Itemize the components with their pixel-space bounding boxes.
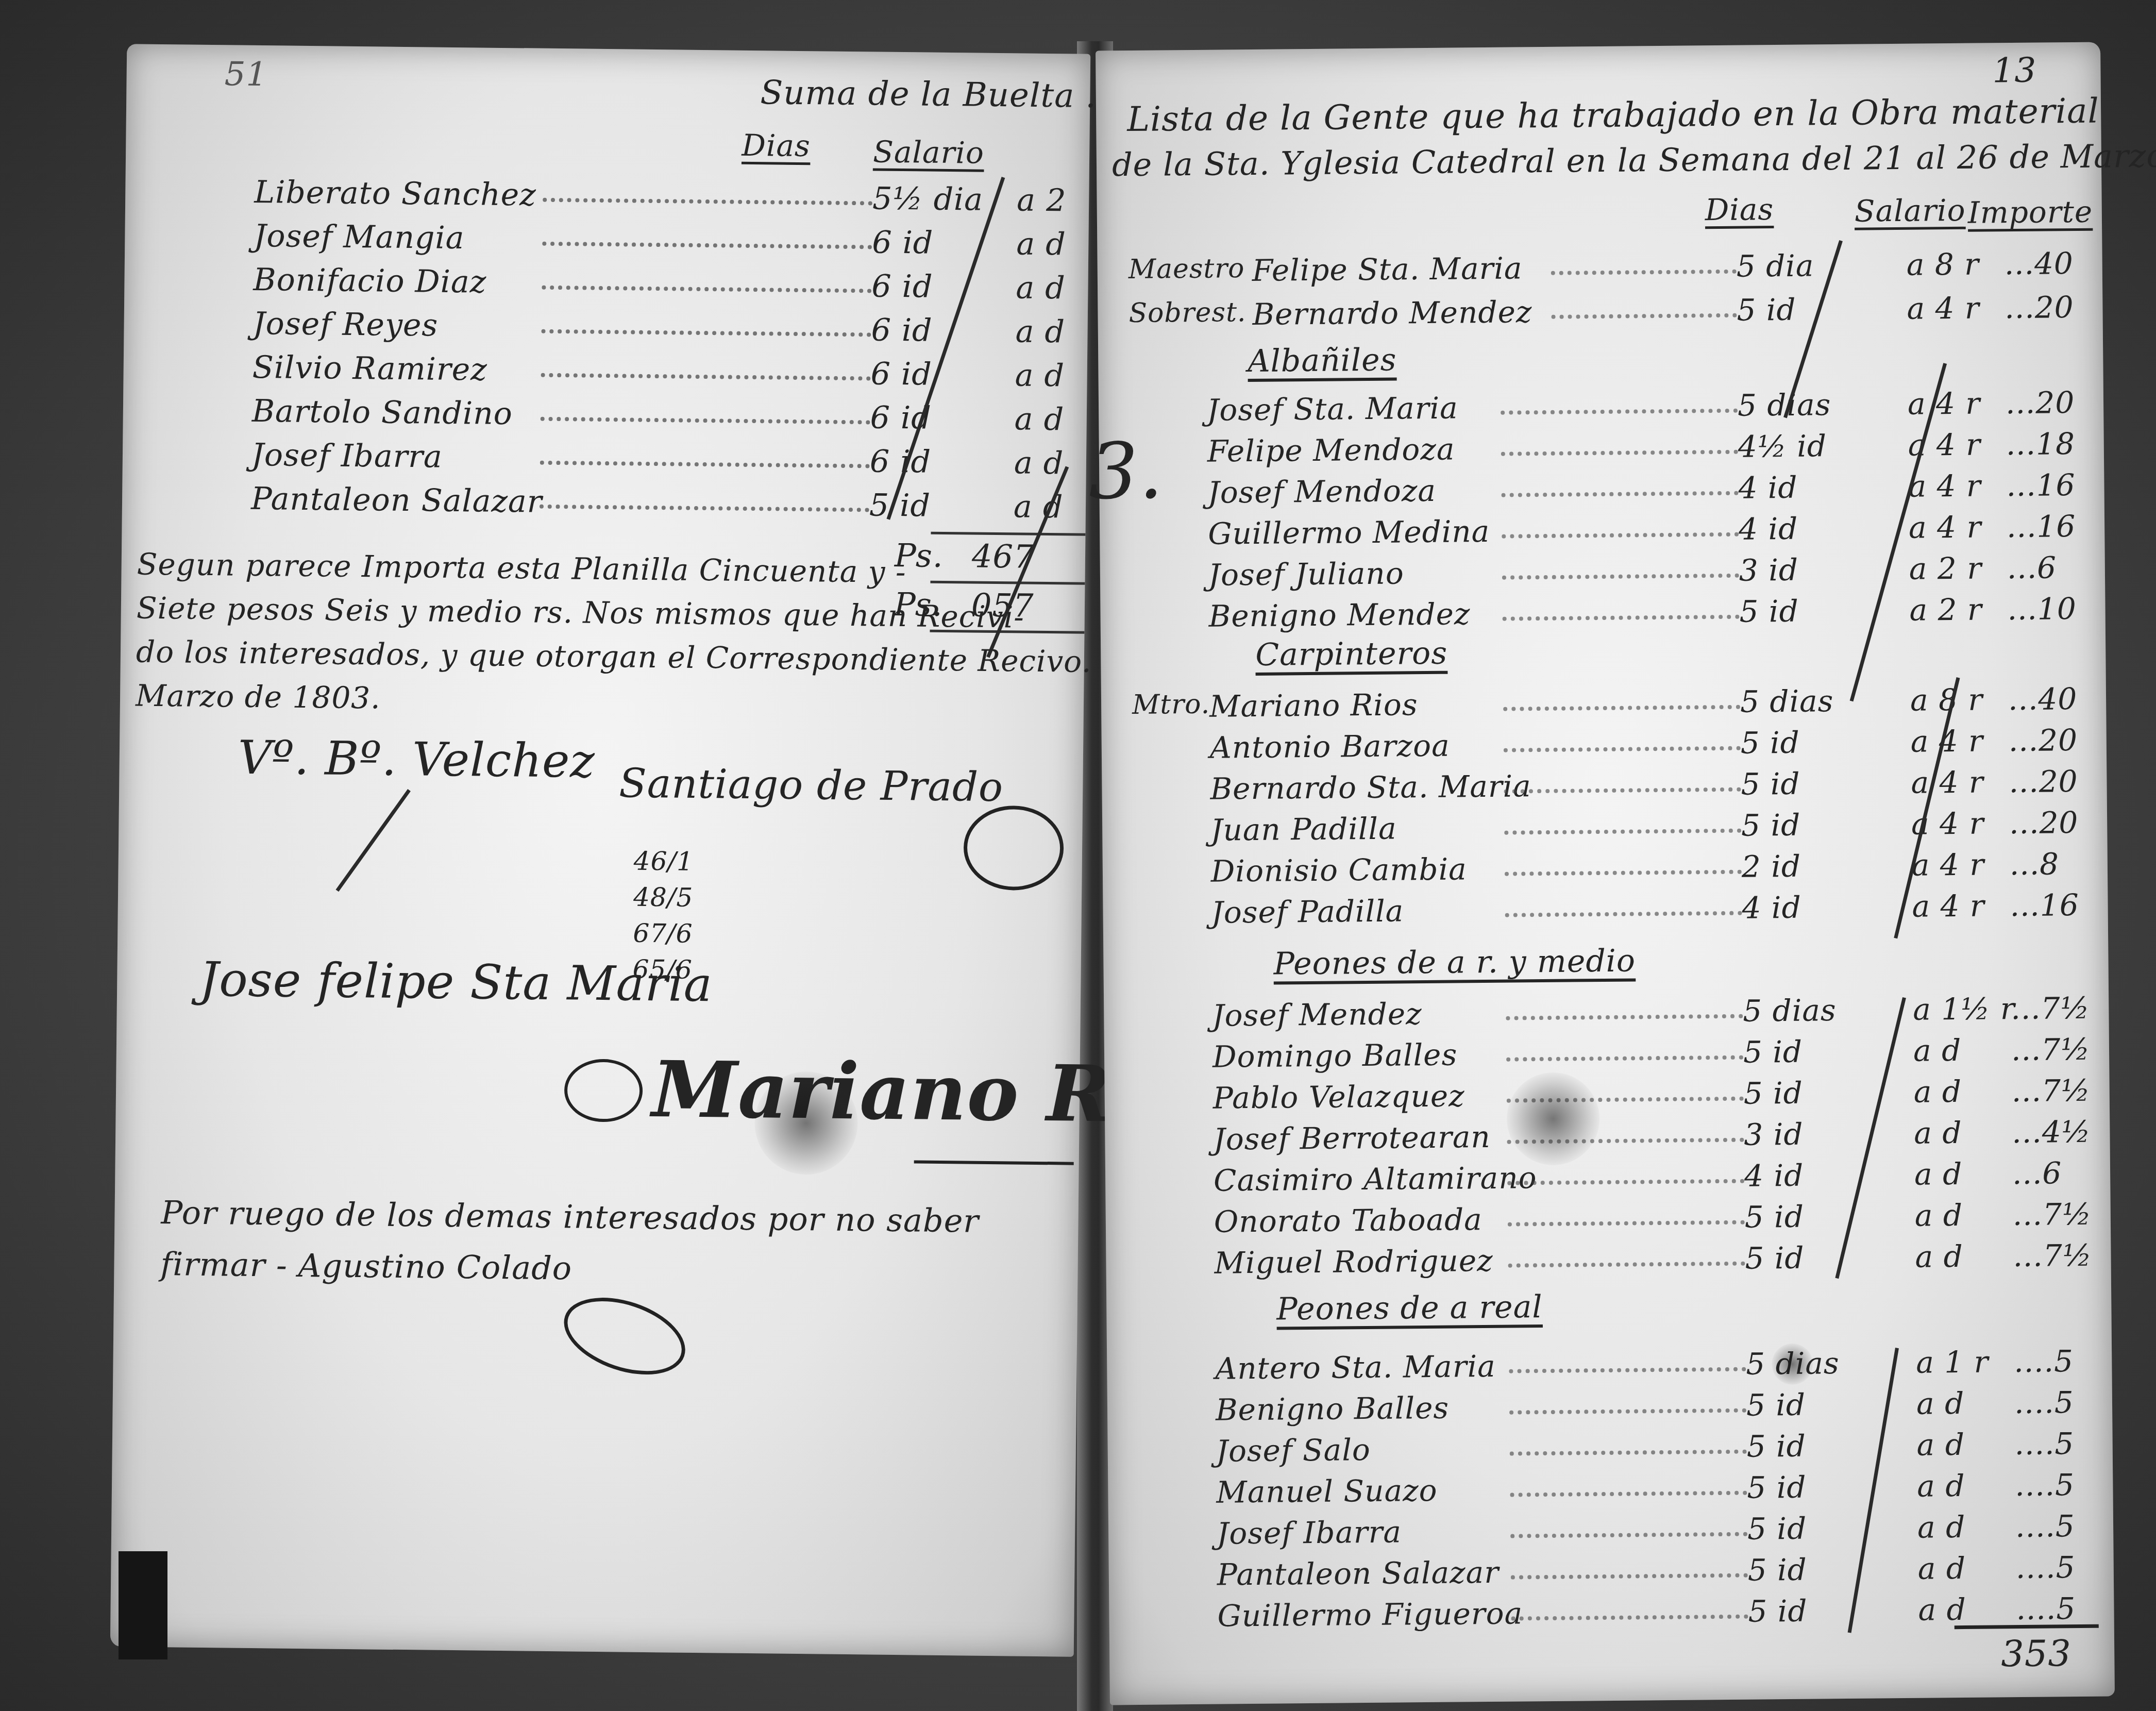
worker-name: Guillermo Medina xyxy=(1208,514,1490,551)
worker-days: 6 id xyxy=(872,224,934,261)
left-page: 51 Suma de la Buelta ... 436 Dias Salari… xyxy=(110,44,1090,1656)
worker-name: Josef Ibarra xyxy=(1217,1514,1402,1551)
worker-salary: a 1 r xyxy=(1916,1345,1989,1380)
worker-amount: ...10 xyxy=(2007,591,2077,627)
worker-row: Benigno Mendez 5 id a 2 r ...10 xyxy=(1131,591,2090,643)
worker-salary: a 2 r xyxy=(1909,592,1982,628)
worker-row: Guillermo Figueroa 5 id a d ....5 xyxy=(1140,1591,2099,1643)
worker-amount: ....5 xyxy=(2015,1467,2075,1503)
worker-amount: ....5 xyxy=(2016,1591,2076,1626)
worker-salary: a 4 r xyxy=(1912,847,1985,883)
worker-days: 5 id xyxy=(1743,1076,1803,1111)
worker-days: 4½ id xyxy=(1738,428,1827,464)
worker-days: 5 id xyxy=(1748,1552,1808,1588)
section-heading-peones-real: Peones de a real xyxy=(1276,1289,1543,1328)
worker-salary: a 8 r xyxy=(1906,247,1979,282)
section-heading-carpinteros: Carpinteros xyxy=(1255,635,1447,673)
witness-note-line: Por ruego de los demas interesados por n… xyxy=(161,1194,979,1240)
calc-note: 48/5 xyxy=(633,879,694,916)
worker-name: Josef Berrotearan xyxy=(1213,1119,1491,1157)
worker-days: 5 id xyxy=(869,487,931,524)
worker-salary: a d xyxy=(1913,1074,1962,1110)
master-row: Maestro Felipe Sta. Maria 5 dia a 8 r ..… xyxy=(1128,246,2087,298)
worker-amount: ....5 xyxy=(2014,1344,2074,1379)
worker-days: 5 id xyxy=(1741,766,1800,802)
worker-salary: a d xyxy=(1917,1468,1965,1504)
worker-salary: a 4 r xyxy=(1907,291,1980,326)
worker-days: 5 id xyxy=(1747,1511,1807,1547)
worker-salary: a d xyxy=(1914,1156,1963,1192)
worker-amount: ...7½ xyxy=(2011,1073,2091,1109)
signature-rubric xyxy=(564,1059,643,1122)
witness-note-line: firmar - Agustino Colado xyxy=(160,1245,572,1287)
worker-name: Antero Sta. Maria xyxy=(1215,1349,1496,1386)
worker-name: Josef Salo xyxy=(1216,1432,1371,1469)
worker-amount: ...20 xyxy=(2006,385,2075,421)
worker-salary: a d xyxy=(1916,1427,1965,1463)
ink-stain xyxy=(754,1071,858,1175)
worker-days: 5 id xyxy=(1746,1429,1806,1464)
worker-salary: a 4 r xyxy=(1908,468,1981,504)
ink-stain xyxy=(1506,1072,1600,1166)
column-header-salary: Salario xyxy=(873,134,984,170)
worker-name: Benigno Balles xyxy=(1216,1390,1450,1428)
worker-days: 5 id xyxy=(1743,1034,1803,1070)
worker-salary: a d xyxy=(1917,1509,1966,1545)
worker-days: 5 id xyxy=(1737,292,1796,328)
worker-salary: a d xyxy=(1917,1551,1966,1586)
worker-name: Bonifacio Diaz xyxy=(253,262,486,300)
totals-rule xyxy=(930,581,1085,585)
worker-amount: ...40 xyxy=(2004,246,2074,281)
worker-days: 2 id xyxy=(1742,849,1801,884)
worker-amount: ...4½ xyxy=(2012,1114,2091,1150)
worker-name: Felipe Sta. Maria xyxy=(1252,250,1522,288)
worker-amount: ...18 xyxy=(2006,426,2075,462)
worker-days: 4 id xyxy=(1738,470,1798,506)
mariano-signature: Mariano R xyxy=(651,1044,1111,1139)
worker-name: Pantaleon Salazar xyxy=(1217,1555,1500,1592)
santiago-signature: Santiago de Prado xyxy=(619,760,1004,811)
calc-note: 46/1 xyxy=(633,843,694,880)
worker-salary: a d xyxy=(1014,401,1064,438)
worker-amount: ...16 xyxy=(2006,467,2076,503)
worker-days: 4 id xyxy=(1744,1158,1804,1194)
worker-days: 5 dias xyxy=(1743,993,1837,1029)
worker-salary: a d xyxy=(1015,357,1065,394)
worker-salary: a 4 r xyxy=(1909,510,1982,545)
role-prefix: Maestro xyxy=(1128,253,1244,285)
calc-note: 67/6 xyxy=(633,915,693,952)
worker-days: 5 id xyxy=(1745,1199,1805,1235)
worker-name: Josef Reyes xyxy=(252,306,438,344)
signature-underline xyxy=(914,1160,1074,1165)
worker-salary: a 1½ r xyxy=(1913,991,2015,1027)
worker-days: 6 id xyxy=(870,356,932,392)
worker-amount: ...7½ xyxy=(2013,1197,2092,1232)
worker-name: Silvio Ramirez xyxy=(252,349,487,388)
worker-name: Onorato Taboada xyxy=(1214,1202,1483,1239)
binding-tab xyxy=(119,1551,167,1659)
section-heading-peones-real-medio: Peones de a r. y medio xyxy=(1273,943,1636,982)
worker-name: Josef Juliano xyxy=(1208,556,1404,592)
title-line: Lista de la Gente que ha trabajado en la… xyxy=(1127,91,2099,139)
worker-row: Pantaleon Salazar 5 id a d ..5 xyxy=(251,481,1169,537)
worker-amount: ....5 xyxy=(2014,1385,2074,1420)
worker-name: Benigno Mendez xyxy=(1208,596,1470,633)
worker-amount: ...20 xyxy=(2009,805,2079,841)
worker-name: Antonio Barzoa xyxy=(1210,728,1450,765)
worker-name: Casimiro Altamirano xyxy=(1214,1160,1537,1198)
page-total: 353 xyxy=(2001,1632,2071,1675)
worker-salary: a d xyxy=(1915,1239,1963,1274)
worker-days: 5 id xyxy=(1748,1593,1808,1629)
worker-days: 5½ dia xyxy=(872,180,984,217)
role-prefix: Sobrest. xyxy=(1128,297,1246,329)
worker-amount: ...6 xyxy=(2007,550,2057,585)
worker-amount: ...20 xyxy=(2008,723,2078,758)
worker-row: Josef Padilla 4 id a 4 r ...16 xyxy=(1134,887,2093,940)
worker-days: 5 id xyxy=(1747,1470,1807,1505)
worker-amount: ...40 xyxy=(2008,681,2078,717)
worker-days: 5 dia xyxy=(1736,248,1814,283)
worker-days: 5 id xyxy=(1741,725,1800,761)
worker-name: Bernardo Sta. Maria xyxy=(1210,768,1531,806)
worker-salary: a 2 xyxy=(1017,182,1067,219)
worker-days: 4 id xyxy=(1742,890,1801,926)
worker-name: Guillermo Figueroa xyxy=(1217,1596,1523,1633)
worker-salary: a d xyxy=(1015,313,1065,350)
worker-days: 3 id xyxy=(1744,1117,1804,1152)
statement-line: Marzo de 1803. xyxy=(136,678,381,716)
worker-days: 5 dias xyxy=(1740,683,1834,719)
statement-line: Segun parece Importa esta Planilla Cincu… xyxy=(137,547,906,590)
worker-salary: a 4 r xyxy=(1908,386,1981,422)
worker-name: Manuel Suazo xyxy=(1216,1473,1438,1510)
worker-name: Josef Ibarra xyxy=(251,437,443,475)
worker-salary: a d xyxy=(1914,1115,1962,1151)
signature-flourish xyxy=(336,789,411,892)
worker-days: 5 id xyxy=(1745,1240,1805,1276)
worker-salary: a d xyxy=(1016,226,1066,262)
worker-amount: ....5 xyxy=(2015,1508,2075,1544)
worker-days: 5 id xyxy=(1739,594,1799,629)
worker-days: 3 id xyxy=(1739,552,1799,588)
worker-name: Josef Mendez xyxy=(1212,996,1422,1033)
column-header-salary: Salario xyxy=(1855,193,1966,229)
worker-days: 6 id xyxy=(871,312,933,348)
folio-number-right: 13 xyxy=(1992,51,2037,91)
worker-amount: ...16 xyxy=(2007,509,2076,544)
worker-name: Juan Padilla xyxy=(1210,811,1397,848)
worker-amount: ...20 xyxy=(2005,290,2074,325)
worker-salary: a d xyxy=(1014,445,1064,481)
worker-salary: a 4 r xyxy=(1911,765,1984,800)
worker-name: Bartolo Sandino xyxy=(252,393,513,432)
column-header-amount: Importe xyxy=(1968,194,2093,230)
worker-salary: a d xyxy=(1916,1386,1965,1421)
worker-amount: ...8 xyxy=(2010,846,2060,882)
worker-salary: a d xyxy=(1913,1033,1962,1068)
worker-name: Bernardo Mendez xyxy=(1252,294,1532,332)
worker-amount: ....5 xyxy=(2015,1550,2075,1585)
worker-salary: a d xyxy=(1918,1592,1966,1628)
column-header-days: Dias xyxy=(1705,192,1774,227)
worker-row: Miguel Rodriguez 5 id a d ...7½ xyxy=(1137,1238,2096,1290)
worker-salary: a 4 r xyxy=(1912,888,1985,924)
worker-name: Pantaleon Salazar xyxy=(251,481,543,520)
statement-line: do los interesados, y que otorgan el Cor… xyxy=(136,634,1228,681)
folio-number-left: 51 xyxy=(224,55,267,94)
worker-amount: ....5 xyxy=(2014,1426,2074,1462)
right-page: 13 Lista de la Gente que ha trabajado en… xyxy=(1096,42,2115,1705)
worker-days: 5 id xyxy=(1746,1387,1806,1423)
master-row: Sobrest. Bernardo Mendez 5 id a 4 r ...2… xyxy=(1128,290,2087,342)
worker-amount: ...16 xyxy=(2010,887,2079,923)
worker-name: Josef Mangia xyxy=(254,218,465,256)
worker-name: Mariano Rios xyxy=(1209,687,1418,724)
worker-amount: ...7½ xyxy=(2011,991,2090,1026)
approval-signature: Vº. Bº. Velchez xyxy=(238,731,595,789)
role-prefix: Mtro. xyxy=(1132,689,1210,720)
worker-amount: ...7½ xyxy=(2011,1032,2091,1067)
worker-salary: a d xyxy=(1915,1198,1963,1233)
title-line: de la Sta. Yglesia Catedral en la Semana… xyxy=(1112,136,2156,184)
section-heading-albaniles: Albañiles xyxy=(1248,342,1397,379)
worker-amount: ...6 xyxy=(2012,1155,2062,1191)
worker-name: Josef Sta. Maria xyxy=(1207,390,1458,427)
worker-name: Domingo Balles xyxy=(1212,1037,1458,1075)
worker-name: Dionisio Cambia xyxy=(1211,851,1467,888)
worker-name: Pablo Velazquez xyxy=(1212,1078,1465,1115)
worker-days: 5 dias xyxy=(1738,387,1831,423)
worker-name: Josef Mendoza xyxy=(1207,473,1436,510)
worker-amount: ...7½ xyxy=(2013,1238,2092,1273)
worker-salary: a d xyxy=(1016,270,1066,306)
worker-days: 4 id xyxy=(1739,511,1798,547)
worker-days: 6 id xyxy=(870,443,932,480)
worker-name: Liberato Sanchez xyxy=(254,174,536,213)
signature-rubric xyxy=(554,1283,695,1389)
signature-rubric xyxy=(963,805,1064,891)
worker-name: Felipe Mendoza xyxy=(1207,432,1455,469)
worker-days: 6 id xyxy=(871,268,933,305)
worker-salary: a 2 r xyxy=(1909,551,1982,586)
worker-days: 5 id xyxy=(1741,808,1801,843)
column-header-days: Dias xyxy=(742,128,811,163)
jose-felipe-signature: Jose felipe Sta Maria xyxy=(199,952,713,1012)
statement-line: Siete pesos Seis y medio rs. Nos mismos … xyxy=(137,591,1025,635)
worker-name: Josef Padilla xyxy=(1211,893,1404,930)
worker-name: Miguel Rodriguez xyxy=(1214,1243,1493,1281)
ink-stain xyxy=(1772,1344,1813,1385)
worker-amount: ...20 xyxy=(2009,764,2078,799)
worker-salary: a 8 r xyxy=(1910,682,1983,718)
